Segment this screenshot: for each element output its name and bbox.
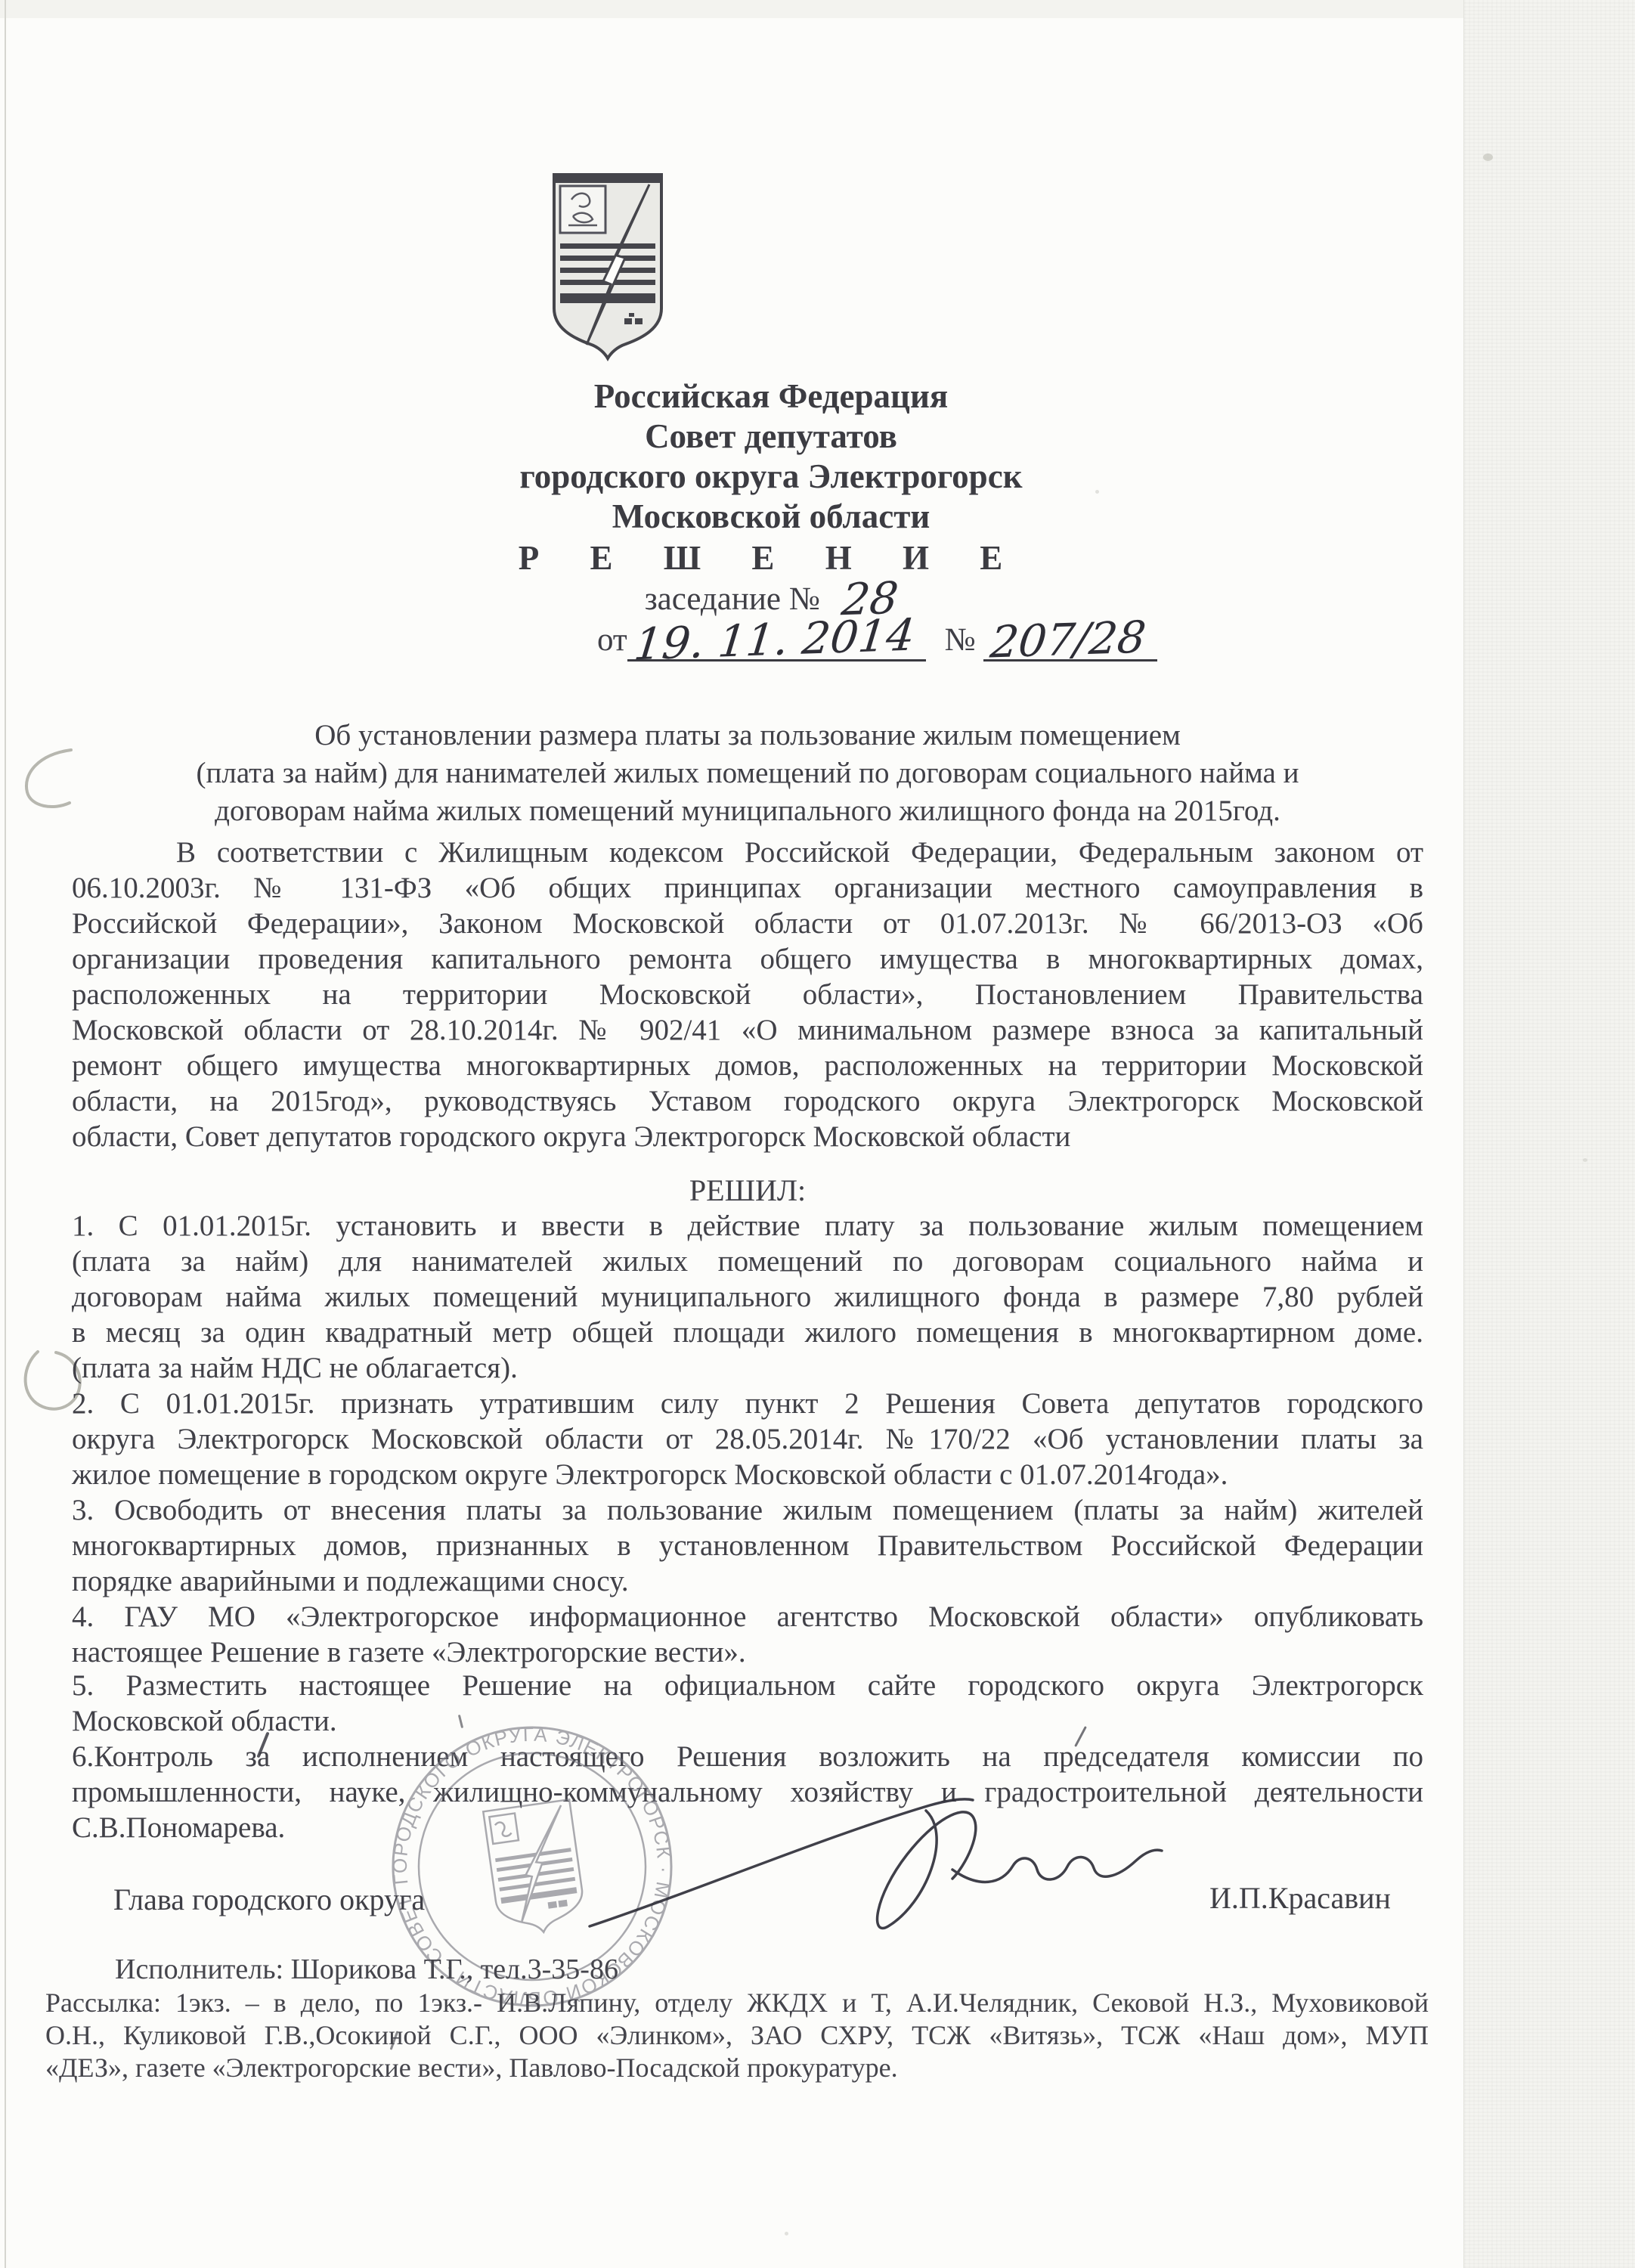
decision-item-4: 4. ГАУ МО «Электрогорское информационное… [72, 1599, 1423, 1670]
date-prefix: от [597, 622, 627, 658]
header-country: Российская Федерация [317, 376, 1225, 416]
subject-paragraph: Об установлении размера платы за пользов… [72, 717, 1423, 830]
preamble-line: В соответствии с Жилищным кодексом Росси… [72, 835, 1423, 870]
item-line: многоквартирных домов, признанных в уста… [72, 1528, 1423, 1563]
scan-top-edge [0, 0, 1635, 18]
signatory-name: И.П.Красавин [1209, 1880, 1391, 1916]
preamble-paragraph: В соответствии с Жилищным кодексом Росси… [72, 835, 1423, 1154]
document-page: Российская Федерация Совет депутатов гор… [0, 0, 1635, 2268]
distribution-line: «ДЕЗ», газете «Электрогорские вести», Па… [45, 2052, 1429, 2084]
item-line: в месяц за один квадратный метр общей пл… [72, 1315, 1423, 1350]
scan-speck [1483, 153, 1493, 161]
scan-speck [785, 2232, 788, 2235]
document-type-title: Р Е Ш Е Н И Е [317, 538, 1225, 578]
decision-item-1: 1. С 01.01.2015г. установить и ввести в … [72, 1208, 1423, 1386]
preamble-line: области, Совет депутатов городского окру… [72, 1119, 1423, 1154]
session-label: заседание № [645, 581, 820, 617]
item-line: договорам найма жилых помещений муниципа… [72, 1279, 1423, 1315]
head-signature-handwritten [571, 1764, 1191, 1968]
scan-speck [1583, 1158, 1587, 1162]
item-line: 2. С 01.01.2015г. признать утратившим си… [72, 1386, 1423, 1421]
coat-of-arms-elektrogorsk [550, 171, 665, 363]
executor-line: Исполнитель: Шорикова Т.Г., тел.3-35-86 [115, 1953, 618, 1986]
header-region: Московской области [317, 497, 1225, 536]
decision-item-3: 3. Освободить от внесения платы за польз… [72, 1492, 1423, 1599]
subject-line: договорам найма жилых помещений муниципа… [72, 792, 1423, 830]
date-handwritten: 19. 11. 2014 [633, 620, 916, 660]
preamble-line: 06.10.2003г. № 131-ФЗ «Об общих принципа… [72, 870, 1423, 906]
subject-line: (плата за найм) для нанимателей жилых по… [72, 754, 1423, 792]
preamble-line: Московской области от 28.10.2014г. № 902… [72, 1012, 1423, 1048]
number-sign: № [944, 622, 975, 658]
session-line: заседание № 28 [317, 581, 1225, 618]
date-number-line: от19. 11. 2014 № 207/28 [597, 621, 1157, 658]
signatory-position: Глава городского округа [113, 1882, 425, 1917]
item-line: 3. Освободить от внесения платы за польз… [72, 1492, 1423, 1528]
header-municipality: городского округа Электрогорск [317, 457, 1225, 496]
preamble-line: Российской Федерации», Законом Московско… [72, 906, 1423, 941]
decision-item-5: 5. Разместить настоящее Решение на офици… [72, 1668, 1423, 1739]
scan-right-texture [1463, 0, 1635, 2268]
item-line: (плата за найм НДС не облагается). [72, 1350, 1423, 1386]
decision-item-2: 2. С 01.01.2015г. признать утратившим си… [72, 1386, 1423, 1492]
resolved-heading: РЕШИЛ: [72, 1173, 1423, 1208]
header-council: Совет депутатов [317, 417, 1225, 456]
decision-number-handwritten: 207/28 [989, 621, 1147, 657]
item-line: (плата за найм) для нанимателей жилых по… [72, 1244, 1423, 1279]
item-line: порядке аварийными и подлежащими сносу. [72, 1563, 1423, 1599]
distribution-list: Рассылка: 1экз. – в дело, по 1экз.- И.В.… [45, 1987, 1429, 2084]
item-line: Московской области. [72, 1703, 1423, 1739]
distribution-line: Рассылка: 1экз. – в дело, по 1экз.- И.В.… [45, 1987, 1429, 2019]
item-line: округа Электрогорск Московской области о… [72, 1421, 1423, 1457]
item-line: 1. С 01.01.2015г. установить и ввести в … [72, 1208, 1423, 1244]
preamble-line: ремонт общего имущества многоквартирных … [72, 1048, 1423, 1083]
preamble-line: расположенных на территории Московской о… [72, 977, 1423, 1012]
item-line: настоящее Решение в газете «Электрогорск… [72, 1634, 1423, 1670]
preamble-line: области, на 2015год», руководствуясь Уст… [72, 1083, 1423, 1119]
scan-left-edge-line [5, 0, 6, 2268]
item-line: жилое помещение в городском округе Элект… [72, 1457, 1423, 1492]
distribution-line: О.Н., Куликовой Г.В.,Осокиной С.Г., ООО … [45, 2019, 1429, 2052]
subject-line: Об установлении размера платы за пользов… [72, 717, 1423, 754]
item-line: 5. Разместить настоящее Решение на офици… [72, 1668, 1423, 1703]
item-line: 4. ГАУ МО «Электрогорское информационное… [72, 1599, 1423, 1634]
preamble-line: организации проведения капитального ремо… [72, 941, 1423, 977]
